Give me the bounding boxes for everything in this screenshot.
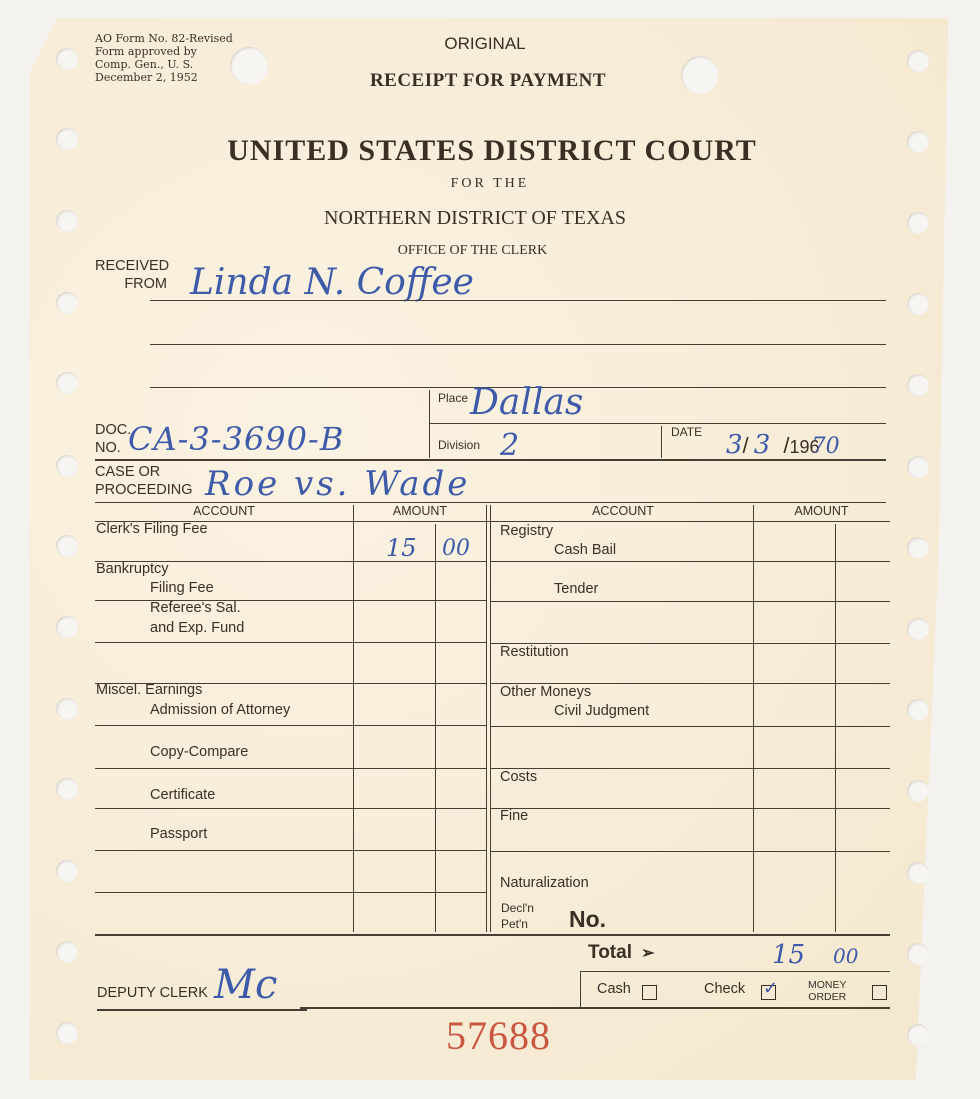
account-cash-bail: Cash Bail xyxy=(554,542,616,558)
total-cents[interactable]: 00 xyxy=(833,944,858,968)
right-account-header: ACCOUNT xyxy=(492,504,754,518)
account-bankruptcy: Bankruptcy xyxy=(96,561,169,577)
rule xyxy=(95,934,890,936)
perforation-hole xyxy=(907,537,929,559)
account-costs: Costs xyxy=(500,769,537,785)
account-fine: Fine xyxy=(500,808,528,824)
cash-label: Cash xyxy=(597,981,631,997)
receipt-title: RECEIPT FOR PAYMENT xyxy=(0,70,976,92)
received-from-value[interactable]: Linda N. Coffee xyxy=(190,262,474,303)
decln-petn-label: Decl'n Pet'n xyxy=(501,900,534,932)
check-checkbox[interactable]: ✓ xyxy=(761,985,776,1000)
perforation-hole xyxy=(56,292,78,314)
perforation-hole xyxy=(56,698,78,720)
perforation-hole xyxy=(907,699,929,721)
divider xyxy=(661,426,662,458)
perforation-hole xyxy=(56,1022,78,1044)
perforation-hole xyxy=(907,293,929,315)
perforation-hole xyxy=(907,456,929,478)
account-certificate: Certificate xyxy=(150,787,215,803)
total-dollars[interactable]: 15 xyxy=(772,940,805,970)
deputy-clerk-signature[interactable]: Mc xyxy=(214,962,277,1008)
perforation-hole xyxy=(907,1024,929,1046)
perforation-hole xyxy=(56,860,78,882)
clerks-filing-fee-dollars[interactable]: 15 xyxy=(386,534,417,562)
division-label: Division xyxy=(438,438,480,452)
money-order-label: MONEY ORDER xyxy=(808,979,847,1003)
col-divider xyxy=(353,505,354,932)
rule xyxy=(300,1007,890,1009)
date-year-written: 70 xyxy=(812,434,840,459)
account-referees-sal: Referee's Sal. xyxy=(150,600,241,616)
left-account-header: ACCOUNT xyxy=(96,504,352,518)
place-label: Place xyxy=(438,391,468,405)
total-label: Total ➢ xyxy=(588,942,655,964)
date-month: 3 xyxy=(726,430,743,460)
check-label: Check xyxy=(704,981,745,997)
perforation-hole xyxy=(907,374,929,396)
date-label: DATE xyxy=(671,425,702,439)
account-other-moneys: Other Moneys xyxy=(500,684,591,700)
place-value[interactable]: Dallas xyxy=(470,382,583,423)
perforation-hole xyxy=(56,535,78,557)
divider xyxy=(429,390,430,458)
received-from-label: RECEIVED FROM xyxy=(95,257,167,293)
perforation-hole xyxy=(56,941,78,963)
arrow-right-icon: ➢ xyxy=(641,945,654,962)
court-name: UNITED STATES DISTRICT COURT xyxy=(0,134,980,168)
naturalization-no-label: No. xyxy=(569,906,606,933)
account-civil-judgment: Civil Judgment xyxy=(554,703,649,719)
account-exp-fund: and Exp. Fund xyxy=(150,620,244,636)
account-restitution: Restitution xyxy=(500,644,569,660)
copy-label: ORIGINAL xyxy=(0,34,970,54)
perforation-hole xyxy=(56,778,78,800)
rule xyxy=(150,344,886,345)
rule xyxy=(95,459,886,461)
receipt-number: 57688 xyxy=(446,1012,551,1059)
district-name: NORTHERN DISTRICT OF TEXAS xyxy=(0,207,950,230)
perforation-hole xyxy=(907,943,929,965)
col-divider xyxy=(486,505,487,932)
perforation-hole xyxy=(56,455,78,477)
col-divider xyxy=(753,505,754,932)
date-value[interactable]: 3/ 3 /19670 xyxy=(726,430,840,460)
account-copy-compare: Copy-Compare xyxy=(150,744,248,760)
rule xyxy=(95,502,886,503)
perforation-hole xyxy=(907,862,929,884)
account-passport: Passport xyxy=(150,826,207,842)
col-divider xyxy=(435,524,436,932)
rule xyxy=(95,521,890,522)
left-amount-header: AMOUNT xyxy=(354,504,486,518)
perforation-hole xyxy=(907,780,929,802)
division-value[interactable]: 2 xyxy=(500,428,519,463)
date-day: 3 xyxy=(754,430,771,460)
money-order-checkbox[interactable] xyxy=(872,985,887,1000)
account-tender: Tender xyxy=(554,581,598,597)
rule xyxy=(150,300,886,301)
doc-no-value[interactable]: CA-3-3690-B xyxy=(128,420,344,458)
case-label: CASE OR PROCEEDING xyxy=(95,463,193,499)
clerks-filing-fee-cents[interactable]: 00 xyxy=(442,536,470,561)
account-clerks-filing-fee: Clerk's Filing Fee xyxy=(96,521,208,537)
case-value[interactable]: Roe vs. Wade xyxy=(205,464,470,504)
for-the: FOR THE xyxy=(0,176,980,192)
account-naturalization: Naturalization xyxy=(500,875,589,891)
perforation-hole xyxy=(56,616,78,638)
perforation-hole xyxy=(907,618,929,640)
check-mark-icon: ✓ xyxy=(763,978,778,999)
perforation-hole xyxy=(56,372,78,394)
account-miscel-earnings: Miscel. Earnings xyxy=(96,682,202,698)
cash-checkbox[interactable] xyxy=(642,985,657,1000)
col-divider xyxy=(835,524,836,932)
rule xyxy=(430,423,886,424)
account-filing-fee: Filing Fee xyxy=(150,580,214,596)
account-registry: Registry xyxy=(500,523,553,539)
deputy-clerk-label: DEPUTY CLERK xyxy=(97,985,208,1001)
account-admission-attorney: Admission of Attorney xyxy=(150,702,290,718)
doc-no-label: DOC. NO. xyxy=(95,421,131,457)
col-divider xyxy=(490,505,491,932)
rule xyxy=(97,1009,307,1011)
right-amount-header: AMOUNT xyxy=(754,504,889,518)
